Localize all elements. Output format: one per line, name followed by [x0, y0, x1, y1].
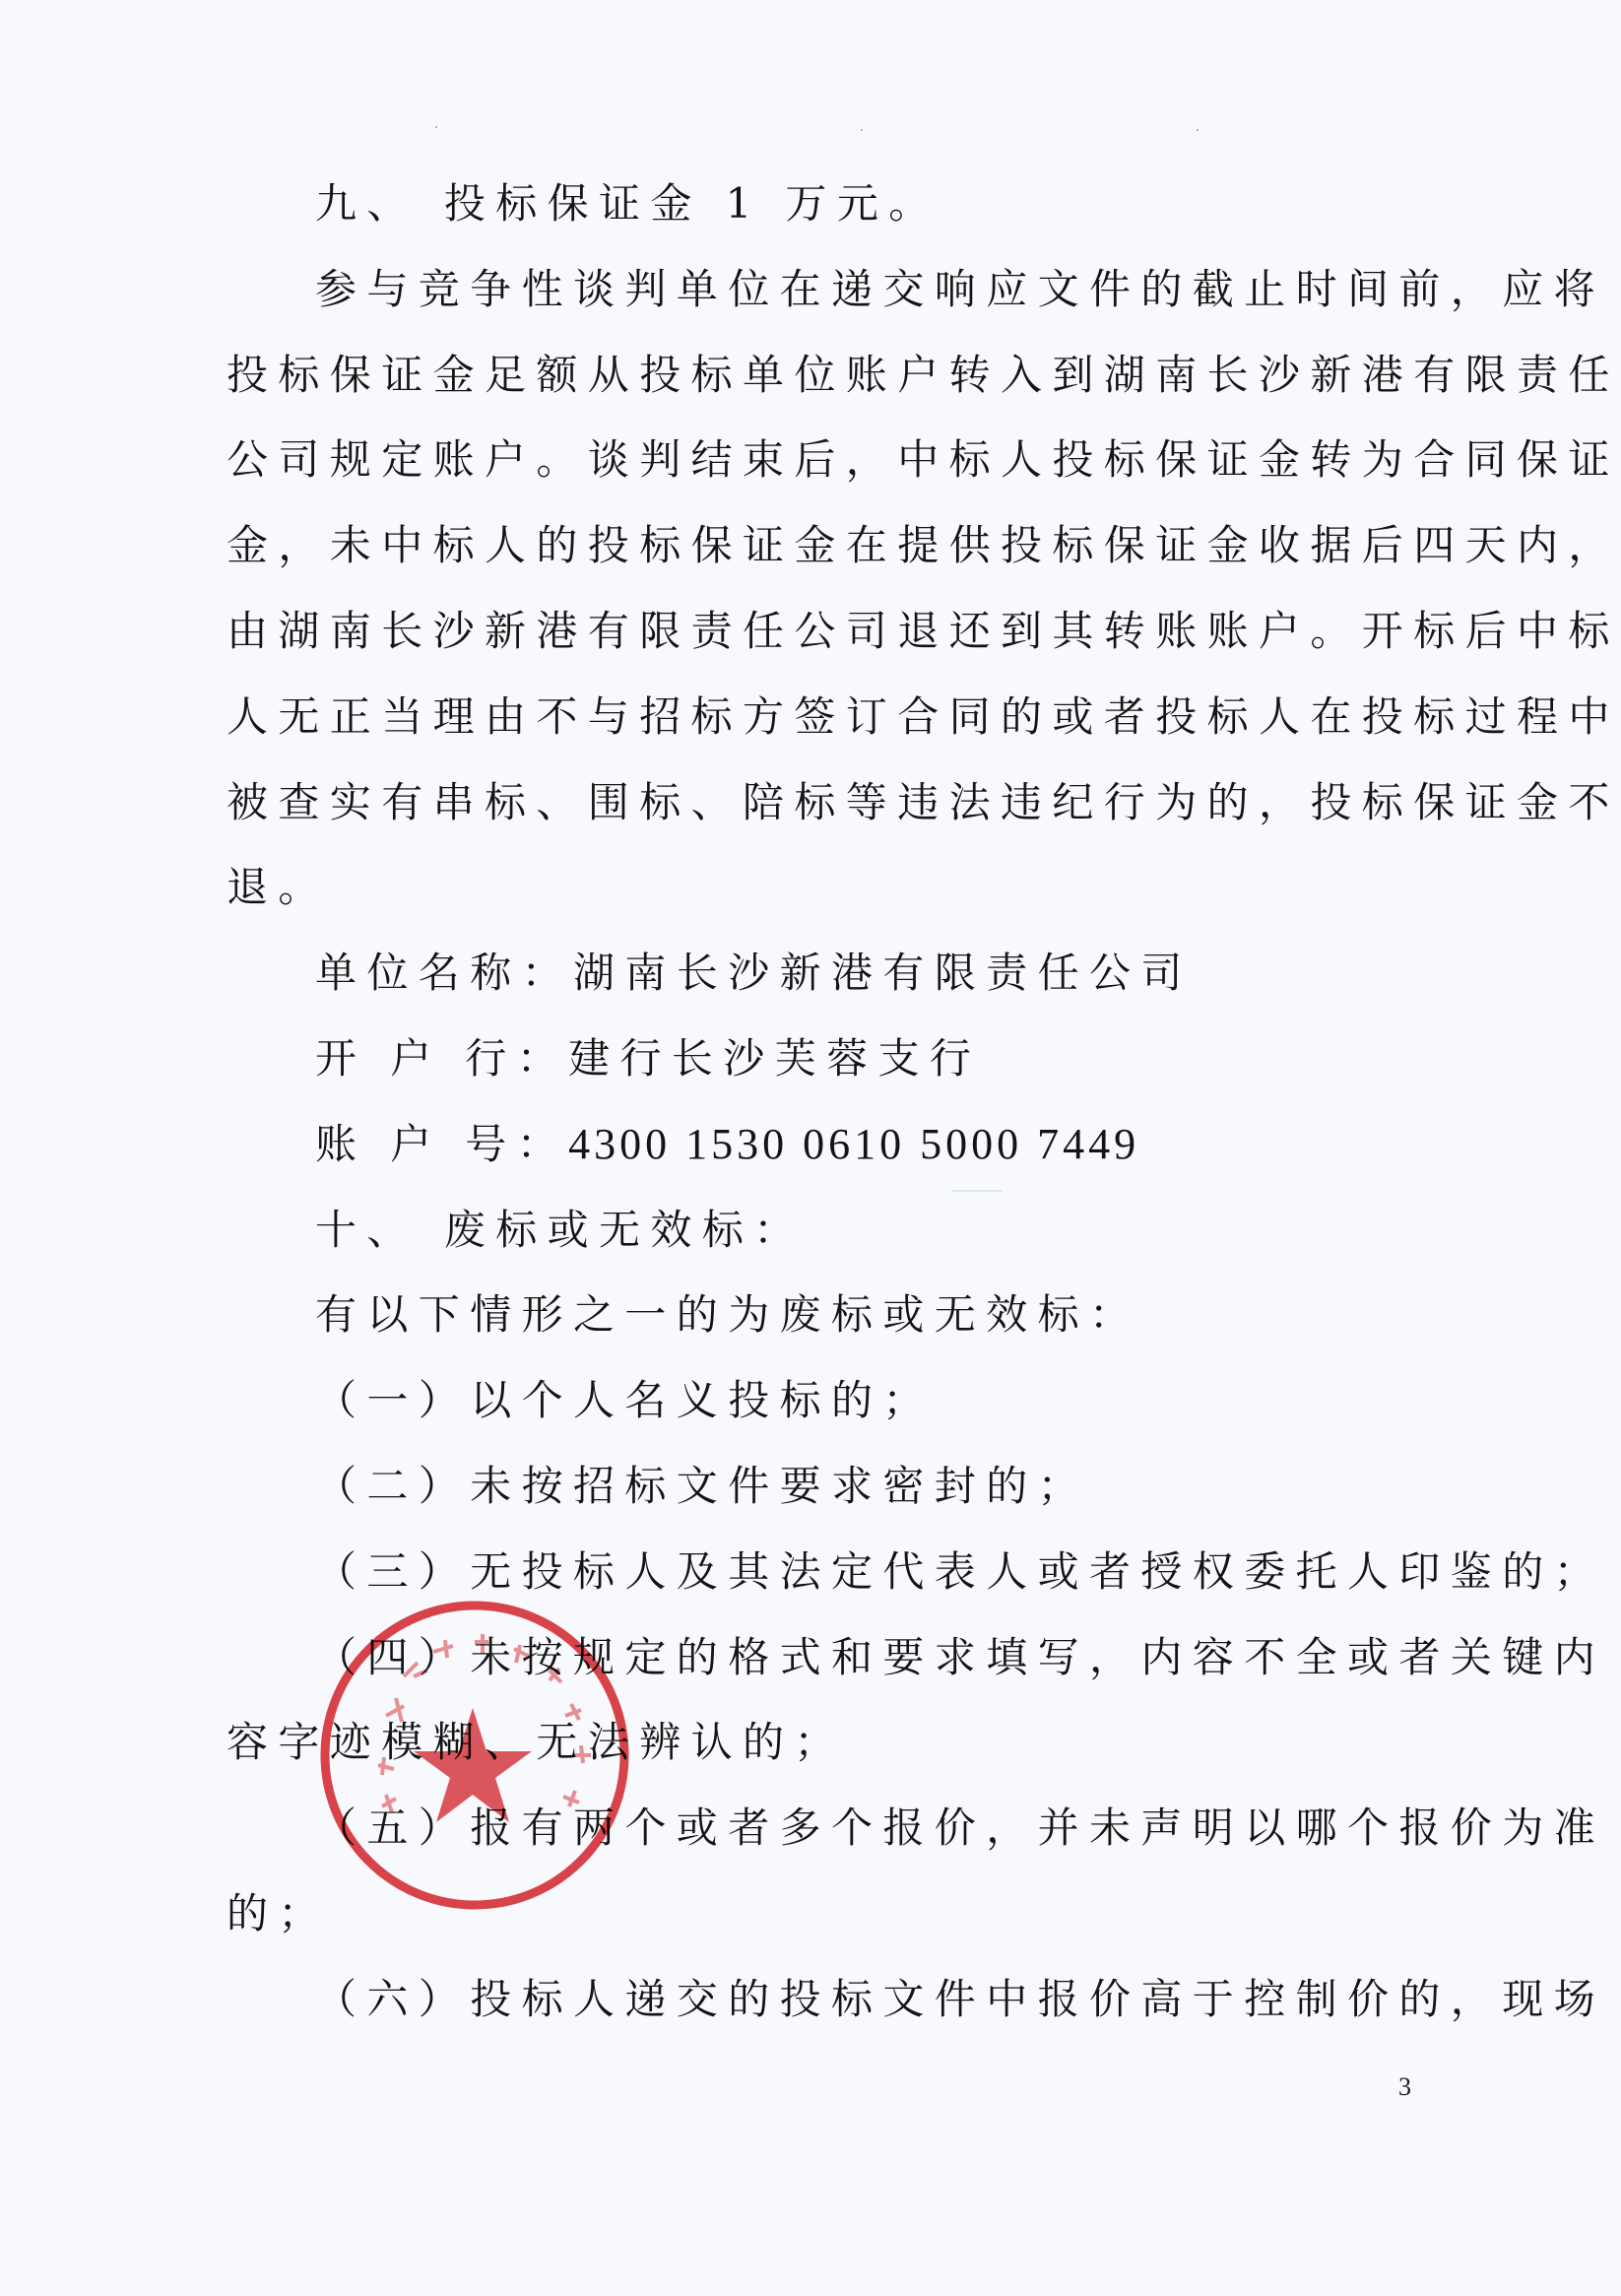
paragraph-line: 由湖南长沙新港有限责任公司退还到其转账账户。开标后中标 — [227, 589, 1423, 675]
scan-speck — [861, 129, 863, 131]
account-number-value: 4300 1530 0610 5000 7449 — [568, 1120, 1139, 1168]
bank-row: 开 户 行：建行长沙芙蓉支行 — [227, 1017, 1423, 1102]
bank-value: 建行长沙芙蓉支行 — [568, 1034, 981, 1082]
bank-label: 开 户 行： — [315, 1034, 568, 1082]
scan-speck — [435, 126, 437, 128]
unit-name-row: 单位名称：湖南长沙新港有限责任公司 — [227, 931, 1423, 1017]
unit-name-label: 单位名称： — [315, 949, 573, 997]
list-item-3: （三）无投标人及其法定代表人或者授权委托人印鉴的； — [227, 1530, 1423, 1615]
paragraph-line: 投标保证金足额从投标单位账户转入到湖南长沙新港有限责任 — [227, 333, 1423, 419]
paragraph-line: 公司规定账户。谈判结束后，中标人投标保证金转为合同保证 — [227, 418, 1423, 503]
list-item-2: （二）未按招标文件要求密封的； — [227, 1444, 1423, 1530]
paragraph-line: 金，未中标人的投标保证金在提供投标保证金收据后四天内， — [227, 503, 1423, 589]
list-item-4: （四）未按规定的格式和要求填写，内容不全或者关键内 — [227, 1615, 1423, 1701]
paragraph-line: 被查实有串标、围标、陪标等违法违纪行为的，投标保证金不 — [227, 760, 1423, 846]
section-10-intro: 有以下情形之一的为废标或无效标： — [227, 1273, 1423, 1358]
list-item-1: （一）以个人名义投标的； — [227, 1358, 1423, 1444]
list-item-5: （五）报有两个或者多个报价，并未声明以哪个报价为准 — [227, 1786, 1423, 1871]
paragraph-line: 参与竞争性谈判单位在递交响应文件的截止时间前，应将 — [227, 247, 1423, 333]
list-item-5-continued: 的； — [227, 1871, 1423, 1957]
paragraph-line: 人无正当理由不与招标方签订合同的或者投标人在投标过程中 — [227, 675, 1423, 760]
section-9-heading: 九、投标保证金 1 万元。 — [227, 162, 1423, 247]
section-10-heading: 十、废标或无效标： — [227, 1188, 1423, 1274]
list-item-4-continued: 容字迹模糊、无法辨认的； — [227, 1700, 1423, 1786]
body-text: 九、投标保证金 1 万元。 参与竞争性谈判单位在递交响应文件的截止时间前，应将 … — [227, 162, 1423, 2043]
page-number: 3 — [1398, 2072, 1411, 2102]
unit-name-value: 湖南长沙新港有限责任公司 — [573, 949, 1193, 997]
section-9-title: 投标保证金 1 万元。 — [444, 179, 940, 228]
section-10-title: 废标或无效标： — [444, 1206, 806, 1254]
scan-speck — [1197, 129, 1199, 131]
account-number-label: 账 户 号： — [315, 1120, 568, 1168]
account-number-row: 账 户 号：4300 1530 0610 5000 7449 — [227, 1102, 1423, 1188]
document-page: 九、投标保证金 1 万元。 参与竞争性谈判单位在递交响应文件的截止时间前，应将 … — [0, 0, 1621, 2296]
section-10-number: 十、 — [315, 1206, 419, 1254]
paragraph-line: 退。 — [227, 845, 1423, 931]
section-9-number: 九、 — [315, 179, 419, 228]
list-item-6: （六）投标人递交的投标文件中报价高于控制价的，现场 — [227, 1957, 1423, 2043]
